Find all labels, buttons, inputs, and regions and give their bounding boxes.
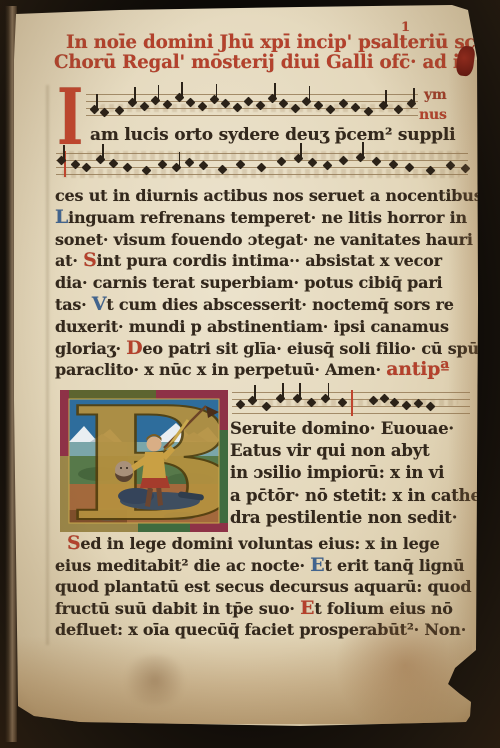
text-line: sonet· visum fouendo ɔtegat· ne vanitate… xyxy=(55,229,483,251)
text-segment: fructū suū dabit in tp̄e suo· xyxy=(55,599,300,618)
neume-note xyxy=(261,402,271,412)
neume-note xyxy=(379,394,389,404)
text-segment: a pc̄tōr· nō stetit: x in cathe xyxy=(230,486,481,505)
text-segment: In noīe domini Jhū xpī incip' psalteriū … xyxy=(66,32,500,53)
text-segment: t erit tanq̄ lignū xyxy=(324,556,464,575)
text-line: Seruite domino· Euouae· xyxy=(230,418,481,440)
text-segment: paraclito· x nūc x in perpetuū· Amen· xyxy=(55,360,386,379)
psalm1-right-column: Seruite domino· Euouae·Eatus vir qui non… xyxy=(230,418,481,529)
text-segment: defluet: x oīa quecūq̄ faciet prosperabū… xyxy=(55,620,466,639)
neume-stem xyxy=(96,94,98,108)
psalm1-bottom-block: Sed in lege domini voluntas eius: x in l… xyxy=(55,533,471,641)
text-segment: tas· xyxy=(55,295,92,314)
neume-note xyxy=(446,161,456,171)
text-line: tas· Vt cum dies abscesserit· noctemq̄ s… xyxy=(55,294,483,316)
rubric-incipit: In noīe domini Jhū xpī incip' psalteriū … xyxy=(66,33,500,72)
staff-line xyxy=(56,174,468,175)
text-line: quod plantatū est secus decursus aquarū:… xyxy=(55,576,471,598)
staff-line xyxy=(56,153,468,154)
text-line: In noīe domini Jhū xpī incip' psalteriū … xyxy=(66,33,500,53)
text-segment: E xyxy=(310,554,324,576)
neume-note xyxy=(199,161,209,171)
text-segment: at· xyxy=(55,251,83,270)
text-segment: quod plantatū est secus decursus aquarū:… xyxy=(55,577,471,596)
neume-note xyxy=(350,103,360,113)
neume-stem xyxy=(413,88,415,102)
text-segment: S xyxy=(83,249,96,271)
margin-label-ym: ym xyxy=(424,87,447,103)
neume-note xyxy=(197,102,207,112)
neume-stem xyxy=(102,144,104,158)
neume-note xyxy=(139,102,149,112)
neume-note xyxy=(402,401,412,411)
neume-stem xyxy=(282,383,284,397)
parchment-crease xyxy=(46,85,49,645)
text-segment: V xyxy=(92,293,106,315)
text-line: Chorū Regal' mōsterij diui Galli ofc̄· a… xyxy=(54,53,500,73)
text-line: Sed in lege domini voluntas eius: x in l… xyxy=(67,533,471,555)
text-segment: duxerit· mundi p abstinentiam· ipsi cana… xyxy=(55,317,449,336)
hymn-first-line: am lucis orto sydere deuʒ p̄cem² suppli xyxy=(90,125,455,145)
neume-stem xyxy=(309,86,311,100)
text-segment: S xyxy=(67,532,80,554)
text-line: defluet: x oīa quecūq̄ faciet prosperabū… xyxy=(55,619,471,641)
text-segment: dra pestilentie non sedit· xyxy=(230,508,457,527)
text-segment: E xyxy=(300,597,314,619)
text-line: dia· carnis terat superbiam· potus cibiq… xyxy=(55,272,483,294)
music-staff-2 xyxy=(56,149,468,179)
neume-note xyxy=(186,98,196,108)
neume-stem xyxy=(300,143,302,157)
text-segment: am lucis orto sydere deuʒ p̄cem² suppli xyxy=(90,125,455,145)
neume-stem xyxy=(362,142,364,156)
neume-stem xyxy=(181,82,183,96)
text-line: paraclito· x nūc x in perpetuū· Amen· an… xyxy=(55,359,483,381)
neume-note xyxy=(81,163,91,173)
neume-stem xyxy=(216,84,218,98)
neume-note xyxy=(339,156,349,166)
neume-note xyxy=(123,163,133,173)
neume-note xyxy=(322,161,332,171)
text-line: fructū suū dabit in tp̄e suo· Et folium … xyxy=(55,598,471,620)
music-staff-1 xyxy=(86,90,418,120)
neume-stem xyxy=(299,383,301,397)
neume-stem xyxy=(274,83,276,97)
text-line: Eatus vir qui non abyt xyxy=(230,440,481,462)
staff-red-bar xyxy=(351,390,353,416)
neume-stem xyxy=(179,152,181,166)
neume-note xyxy=(460,164,470,174)
neume-note xyxy=(372,157,382,167)
neume-stem xyxy=(158,85,160,99)
staff-line xyxy=(56,160,468,161)
text-line: ces ut in diurnis actibus nos seruet a n… xyxy=(55,185,483,207)
illuminated-initial-B-miniature: B xyxy=(60,390,228,532)
parchment-stain xyxy=(16,636,472,724)
text-segment: int pura cordis intima·· absistat x veco… xyxy=(97,251,442,270)
neume-stem xyxy=(254,385,256,399)
neume-stem xyxy=(328,383,330,397)
text-segment: gloriaʒ· xyxy=(55,339,126,358)
neume-stem xyxy=(134,87,136,101)
text-segment: S xyxy=(230,419,242,438)
neume-stem xyxy=(385,90,387,104)
neume-note xyxy=(393,105,403,115)
text-segment: eo patri sit glīa· eiusq̄ soli filio· cū… xyxy=(142,339,479,358)
neume-note xyxy=(405,163,415,173)
hymn-text-block: ces ut in diurnis actibus nos seruet a n… xyxy=(55,185,483,381)
text-line: at· Sint pura cordis intima·· absistat x… xyxy=(55,250,483,272)
manuscript-photo: 1 In noīe domini Jhū xpī incip' psalteri… xyxy=(0,0,500,748)
text-line: dra pestilentie non sedit· xyxy=(230,507,481,529)
text-line: Linguam refrenans temperet· ne litis hor… xyxy=(55,207,483,229)
neume-stem xyxy=(63,145,65,159)
text-segment: dia· carnis terat superbiam· potus cibiq… xyxy=(55,273,442,292)
initial-I-red: I xyxy=(57,82,83,154)
text-line: a pc̄tōr· nō stetit: x in cathe xyxy=(230,485,481,507)
neume-note xyxy=(426,402,436,412)
neume-note xyxy=(244,97,254,107)
text-line: eius meditabit² die ac nocte· Et erit ta… xyxy=(55,555,471,577)
text-line: am lucis orto sydere deuʒ p̄cem² suppli xyxy=(90,125,455,145)
neume-note xyxy=(325,105,335,115)
text-segment: eius meditabit² die ac nocte· xyxy=(55,556,310,575)
text-segment: in ɔsilio impiorū: x in vi xyxy=(230,463,444,482)
text-segment: ed in lege domini voluntas eius: x in le… xyxy=(80,534,439,553)
david-goliath-miniature: B xyxy=(60,390,228,532)
neume-note xyxy=(256,163,266,173)
text-line: in ɔsilio impiorū: x in vi xyxy=(230,462,481,484)
text-segment: t folium eius nō xyxy=(314,599,452,618)
neume-note xyxy=(277,157,287,167)
text-segment: Eatus vir qui non abyt xyxy=(230,441,430,460)
text-line: duxerit· mundi p abstinentiam· ipsi cana… xyxy=(55,316,483,338)
text-segment: t cum dies abscesserit· noctemq̄ sors re xyxy=(106,295,453,314)
text-segment: eruite domino· Euouae· xyxy=(242,419,454,438)
margin-label-nus: nus xyxy=(419,107,447,123)
text-segment: antipª xyxy=(386,358,449,380)
text-segment: L xyxy=(55,206,68,228)
text-segment: ces ut in diurnis actibus nos seruet a n… xyxy=(55,186,483,205)
neume-note xyxy=(232,103,242,113)
parchment-page: 1 In noīe domini Jhū xpī incip' psalteri… xyxy=(0,0,500,748)
music-staff-3 xyxy=(232,388,470,416)
text-segment: D xyxy=(126,337,142,359)
neume-note xyxy=(235,400,245,410)
parchment-stain xyxy=(120,655,190,705)
text-segment: inguam refrenans temperet· ne litis horr… xyxy=(68,208,467,227)
neume-note xyxy=(290,104,300,114)
text-line: gloriaʒ· Deo patri sit glīa· eiusq̄ soli… xyxy=(55,338,483,360)
text-segment: sonet· visum fouendo ɔtegat· ne vanitate… xyxy=(55,230,473,249)
text-segment: Chorū Regal' mōsterij diui Galli ofc̄· a… xyxy=(54,52,500,73)
neume-note xyxy=(369,396,379,406)
